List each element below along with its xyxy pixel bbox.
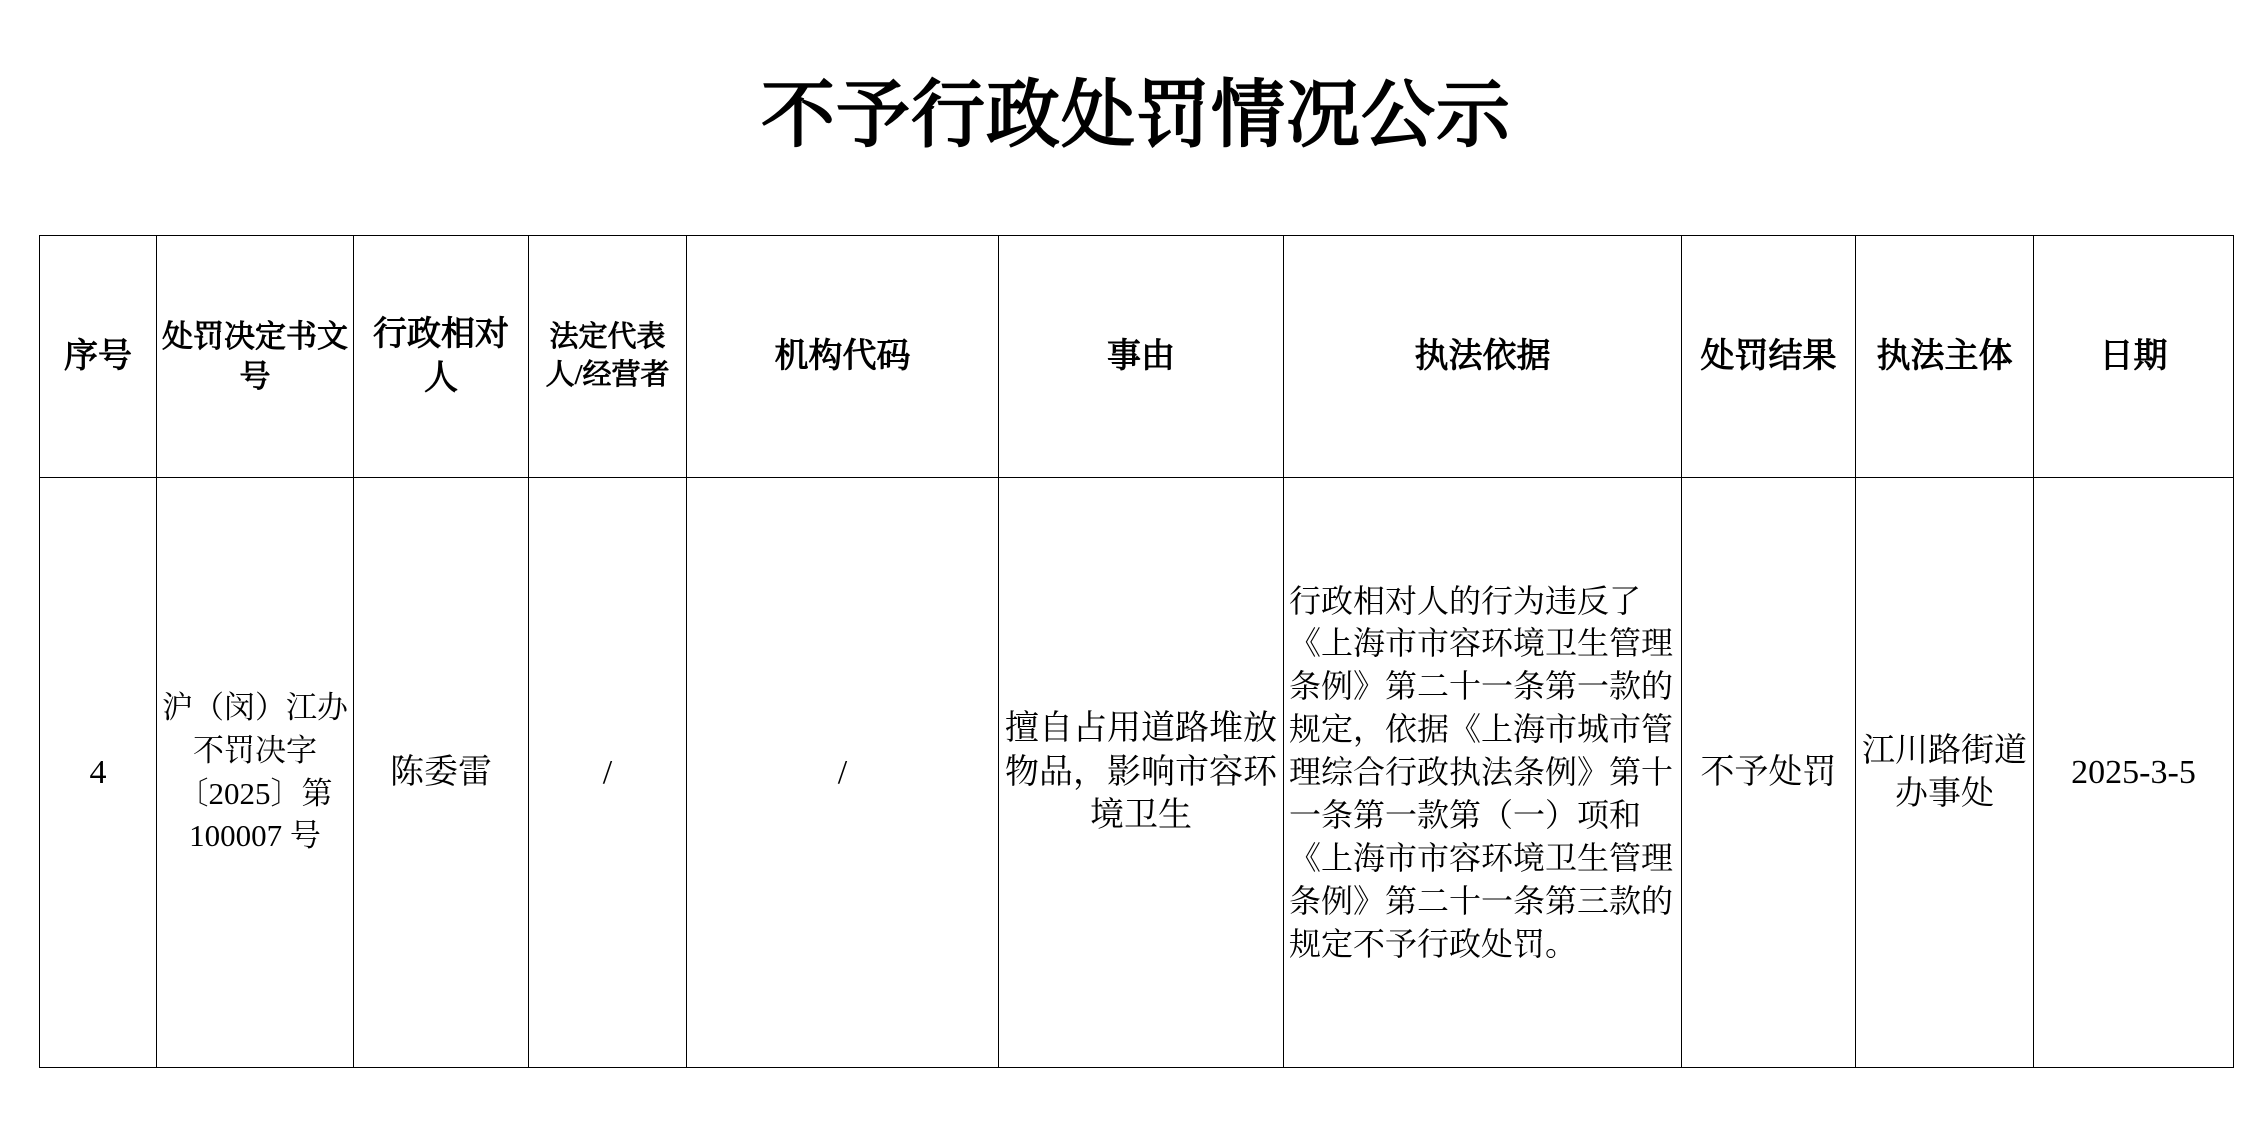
penalty-notice-table: 序号 处罚决定书文号 行政相对人 法定代表人/经营者 机构代码 事由 执法依据 … bbox=[39, 235, 2234, 1068]
cell-org-code: / bbox=[687, 478, 999, 1068]
header-legal-basis: 执法依据 bbox=[1284, 236, 1682, 478]
header-enforcement-authority: 执法主体 bbox=[1856, 236, 2034, 478]
header-decision-doc-number: 处罚决定书文号 bbox=[157, 236, 354, 478]
document-page: 不予行政处罚情况公示 序号 处罚决定书文号 行政相对人 法定代表人/经营者 机构… bbox=[0, 0, 2259, 1145]
cell-enforcement-authority: 江川路街道办事处 bbox=[1856, 478, 2034, 1068]
cell-decision-doc-number: 沪（闵）江办不罚决字〔2025〕第100007 号 bbox=[157, 478, 354, 1068]
header-legal-representative: 法定代表人/经营者 bbox=[529, 236, 687, 478]
header-cause: 事由 bbox=[999, 236, 1284, 478]
cell-legal-basis: 行政相对人的行为违反了《上海市市容环境卫生管理条例》第二十一条第一款的规定，依据… bbox=[1284, 478, 1682, 1068]
page-title: 不予行政处罚情况公示 bbox=[39, 72, 2233, 157]
cell-party: 陈委雷 bbox=[354, 478, 529, 1068]
cell-cause: 擅自占用道路堆放物品，影响市容环境卫生 bbox=[999, 478, 1284, 1068]
cell-date: 2025-3-5 bbox=[2034, 478, 2234, 1068]
header-result: 处罚结果 bbox=[1682, 236, 1856, 478]
header-date: 日期 bbox=[2034, 236, 2234, 478]
cell-legal-representative: / bbox=[529, 478, 687, 1068]
header-serial-number: 序号 bbox=[40, 236, 157, 478]
table-row: 4 沪（闵）江办不罚决字〔2025〕第100007 号 陈委雷 / / 擅自占用… bbox=[40, 478, 2234, 1068]
header-org-code: 机构代码 bbox=[687, 236, 999, 478]
table-header-row: 序号 处罚决定书文号 行政相对人 法定代表人/经营者 机构代码 事由 执法依据 … bbox=[40, 236, 2234, 478]
cell-serial-number: 4 bbox=[40, 478, 157, 1068]
cell-result: 不予处罚 bbox=[1682, 478, 1856, 1068]
header-party: 行政相对人 bbox=[354, 236, 529, 478]
